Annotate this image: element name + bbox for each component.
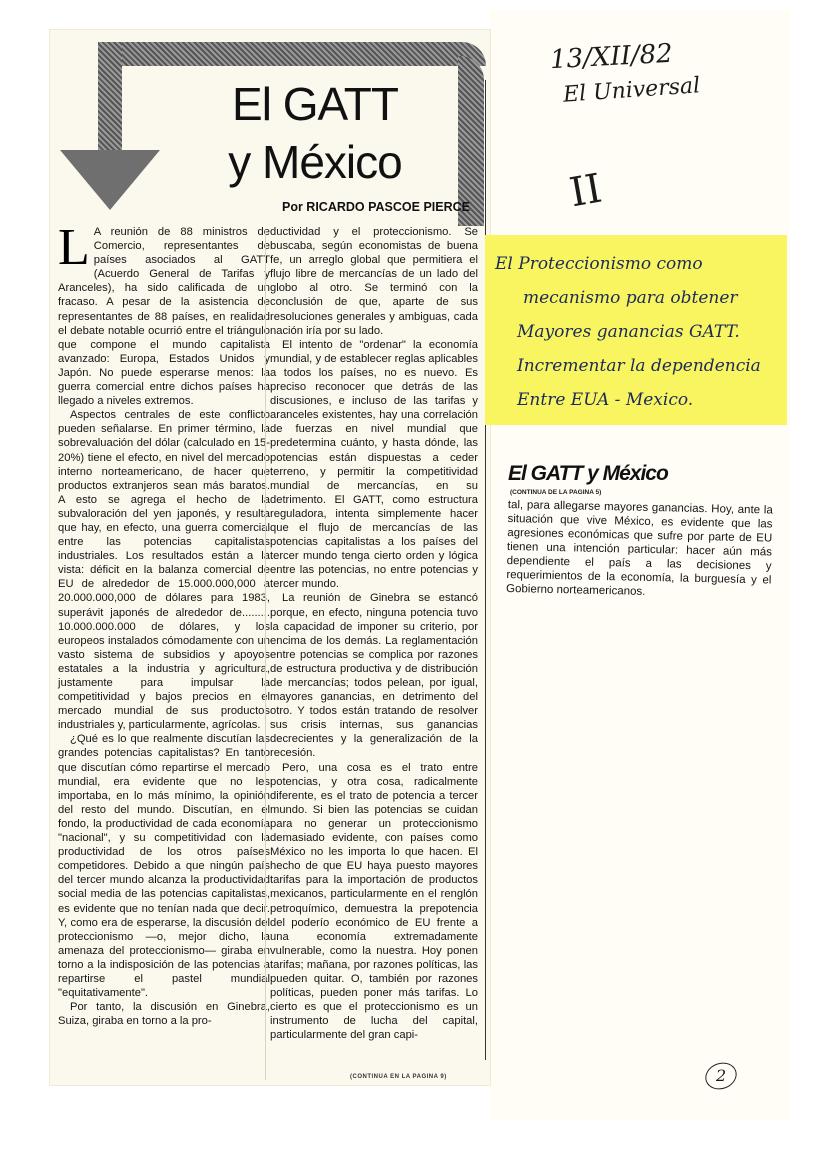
down-arrow-icon xyxy=(60,150,160,210)
paragraph: Por tanto, la discusión en Ginebra, Suiz… xyxy=(58,1000,270,1028)
paragraph: Pero, una cosa es el trato entre potenci… xyxy=(270,761,478,1043)
continuation-from-note: (CONTINUA DE LA PAGINA 5) xyxy=(510,489,773,496)
paragraph: ductividad y el proteccionismo. Se busca… xyxy=(270,225,478,338)
sticky-note: El Proteccionismo como mecanismo para ob… xyxy=(485,235,787,425)
handwritten-date: 13/XII/82 xyxy=(549,39,673,75)
byline: Por RICARDO PASCOE PIERCE xyxy=(200,200,470,214)
header-arrow-stem xyxy=(98,42,122,152)
paragraph: LA reunión de 88 ministros de Comercio, … xyxy=(58,225,270,408)
paragraph: ¿Qué es lo que realmente discutían las g… xyxy=(58,732,270,1000)
sticky-line: Incrementar la dependencia xyxy=(495,349,781,383)
title-line-2: y México xyxy=(200,133,430,191)
sticky-line: mecanismo para obtener xyxy=(495,281,781,315)
paragraph: El intento de "ordenar" la economía mund… xyxy=(270,338,478,592)
article-column-2: ductividad y el proteccionismo. Se busca… xyxy=(270,225,478,1042)
continuation-title: El GATT y México xyxy=(508,462,773,486)
paragraph: La reunión de Ginebra se estancó porque,… xyxy=(270,591,478,760)
article-column-1: LA reunión de 88 ministros de Comercio, … xyxy=(58,225,270,1028)
sticky-line: Mayores ganancias GATT. xyxy=(495,315,781,349)
sticky-line: Entre EUA - Mexico. xyxy=(495,383,781,417)
page-number-text: 2 xyxy=(716,1064,726,1088)
article-title: El GATT y México xyxy=(200,75,430,191)
clipping-edge xyxy=(485,80,486,1060)
title-line-1: El GATT xyxy=(200,75,430,133)
paragraph-text: A reunión de 88 ministros de Comercio, r… xyxy=(58,226,270,407)
drop-cap: L xyxy=(58,227,90,269)
continuation-clipping: El GATT y México (CONTINUA DE LA PAGINA … xyxy=(508,462,773,596)
sticky-note-text: El Proteccionismo como mecanismo para ob… xyxy=(495,247,781,417)
sticky-line: El Proteccionismo como xyxy=(495,247,781,281)
header-frame-top xyxy=(98,42,486,66)
continuation-body: tal, para allegarse mayores ganancias. H… xyxy=(506,498,773,602)
paragraph: Aspectos centrales de este conflicto pue… xyxy=(58,408,270,732)
continued-note: (CONTINUA EN LA PAGINA 9) xyxy=(350,1074,447,1080)
column-divider xyxy=(265,230,266,1080)
